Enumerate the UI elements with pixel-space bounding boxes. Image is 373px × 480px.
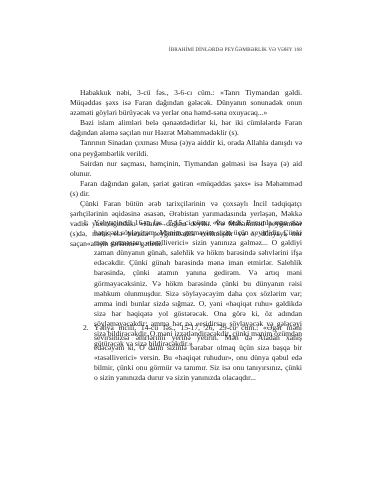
paragraph: Bəzi islam alimləri belə qənaətdədirlər … [70,118,302,138]
paragraph: Səirdən nur saçması, həmçinin, Tiymandan… [70,159,302,179]
running-header: İBRAHİMİ DİNLƏRDƏ PEYĞƏMBƏRLİK VƏ VƏHY 1… [70,47,302,53]
list-number: 2. [83,323,89,333]
list-item: 2. Yəhya incili, 14-cü fəs., 15-17, 26, … [70,323,302,384]
list-text: Yəhya incili, 14-cü fəs., 15-17, 26, 29-… [94,323,302,382]
list-number: 1. [83,218,89,228]
paragraph: Faran dağından gələn, şəriət gətirən «mü… [70,179,302,199]
paragraph: Habakkuk nəbi, 3-cü fəs., 3-6-cı cüm.: «… [70,88,302,118]
paragraph: Tanrının Sinadan çıxması Musa (ə)ya aidd… [70,138,302,158]
numbered-list-item-2: 2. Yəhya incili, 14-cü fəs., 15-17, 26, … [70,323,302,384]
